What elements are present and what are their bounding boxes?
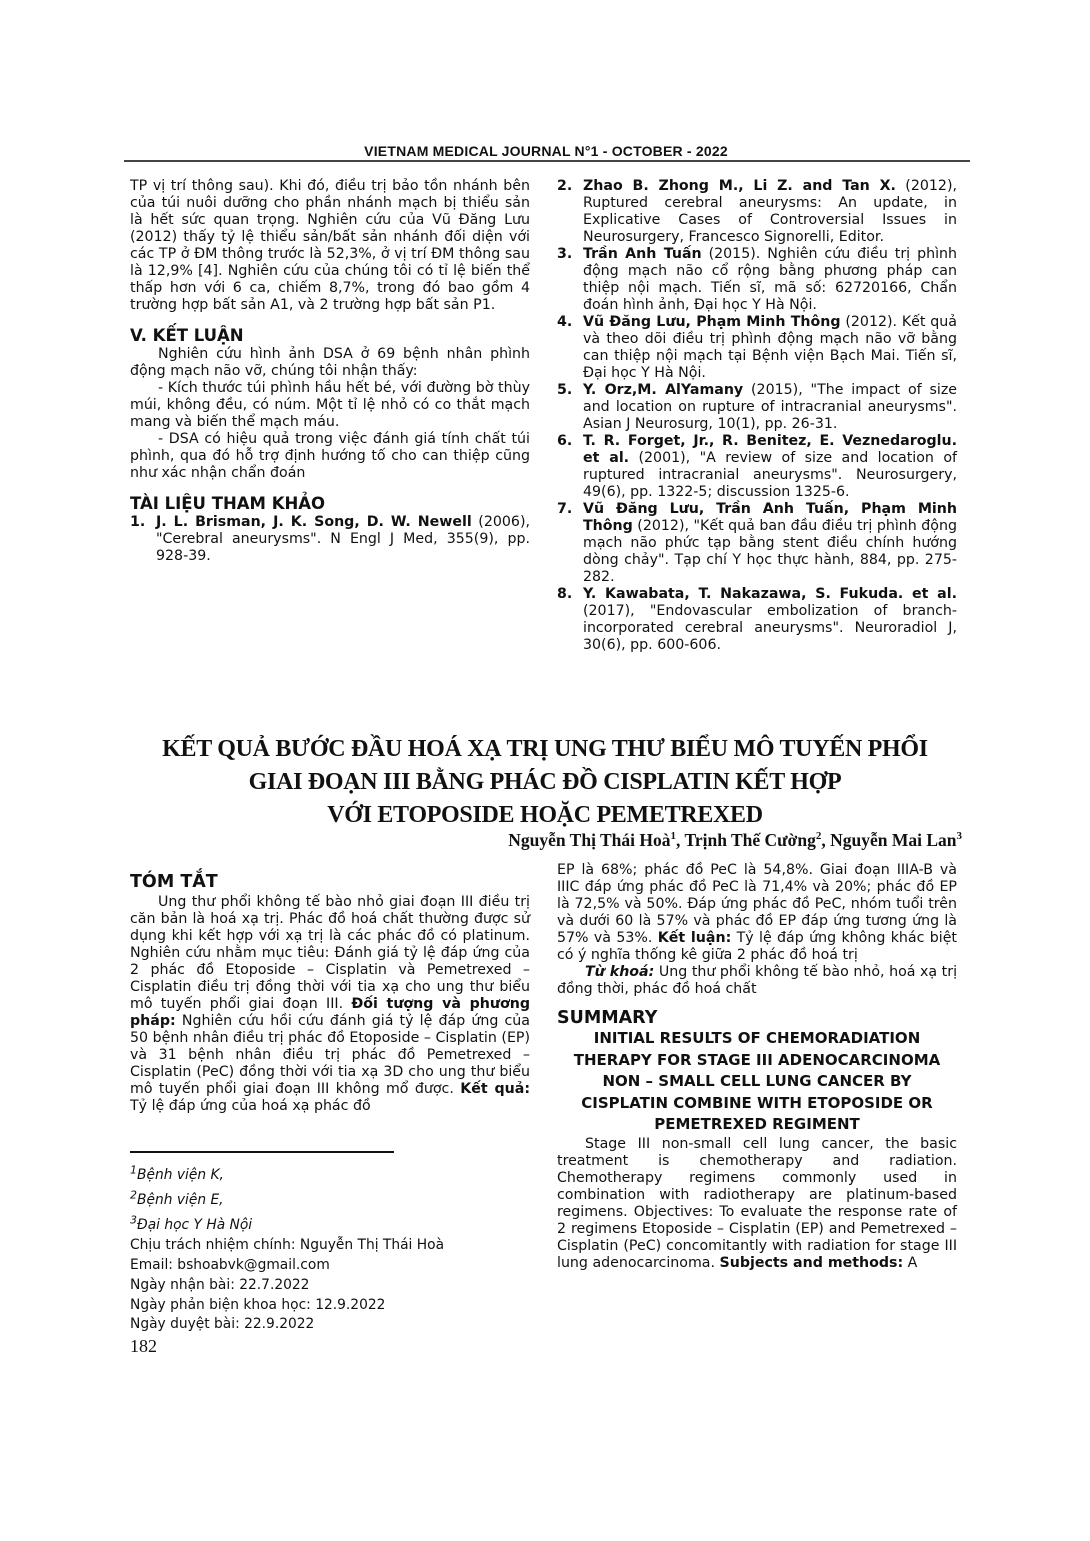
- abstract-results-continued: EP là 68%; phác đồ PeC là 54,8%. Giai đo…: [557, 862, 957, 964]
- reference-item: 5. Y. Orz,M. AlYamany (2015), "The impac…: [557, 382, 957, 433]
- email: Email: bshoabvk@gmail.com: [130, 1256, 530, 1276]
- references-heading: TÀI LIỆU THAM KHẢO: [130, 494, 530, 514]
- abstract-vietnamese: TÓM TẮT Ung thư phổi không tế bào nhỏ gi…: [130, 872, 530, 1115]
- page-number: 182: [130, 1336, 157, 1357]
- reference-item: 8. Y. Kawabata, T. Nakazawa, S. Fukuda. …: [557, 586, 957, 654]
- affiliation: 1Bệnh viện K,: [130, 1160, 530, 1185]
- article-title: KẾT QUẢ BƯỚC ĐẦU HOÁ XẠ TRỊ UNG THƯ BIỂU…: [130, 733, 960, 832]
- summary-paragraph: Stage III non-small cell lung cancer, th…: [557, 1136, 957, 1272]
- date-received: Ngày nhận bài: 22.7.2022: [130, 1276, 530, 1296]
- summary-heading: SUMMARY: [557, 1008, 957, 1028]
- affiliation: 3Đại học Y Hà Nội: [130, 1211, 530, 1236]
- conclusion-paragraph: - DSA có hiệu quả trong việc đánh giá tí…: [130, 431, 530, 482]
- footnotes: 1Bệnh viện K, 2Bệnh viện E, 3Đại học Y H…: [130, 1160, 530, 1335]
- conclusion-paragraph: - Kích thước túi phình hầu hết bé, với đ…: [130, 380, 530, 431]
- right-column-top: 2. Zhao B. Zhong M., Li Z. and Tan X. (2…: [557, 178, 957, 654]
- reference-item: 3. Trần Anh Tuấn (2015). Nghiên cứu điều…: [557, 246, 957, 314]
- reference-item: 6. T. R. Forget, Jr., R. Benitez, E. Vez…: [557, 433, 957, 501]
- summary-title: INITIAL RESULTS OF CHEMORADIATION THERAP…: [557, 1028, 957, 1136]
- footnote-rule: [130, 1151, 394, 1153]
- running-head: VIETNAM MEDICAL JOURNAL N°1 - OCTOBER - …: [128, 143, 964, 159]
- abstract-heading: TÓM TẮT: [130, 872, 530, 892]
- date-reviewed: Ngày phản biện khoa học: 12.9.2022: [130, 1296, 530, 1316]
- date-accepted: Ngày duyệt bài: 22.9.2022: [130, 1315, 530, 1335]
- reference-item: 1. J. L. Brisman, J. K. Song, D. W. Newe…: [130, 514, 530, 565]
- discussion-paragraph: TP vị trí thông sau). Khi đó, điều trị b…: [130, 178, 530, 314]
- reference-item: 7. Vũ Đăng Lưu, Trần Anh Tuấn, Phạm Minh…: [557, 501, 957, 586]
- affiliation: 2Bệnh viện E,: [130, 1185, 530, 1210]
- corresponding-author: Chịu trách nhiệm chính: Nguyễn Thị Thái …: [130, 1236, 530, 1256]
- keywords: Từ khoá: Ung thư phổi không tế bào nhỏ, …: [557, 964, 957, 998]
- abstract-continued: EP là 68%; phác đồ PeC là 54,8%. Giai đo…: [557, 862, 957, 1272]
- author-list: Nguyễn Thị Thái Hoà1, Trịnh Thế Cường2, …: [508, 830, 962, 851]
- left-column-top: TP vị trí thông sau). Khi đó, điều trị b…: [130, 178, 530, 565]
- abstract-paragraph: Ung thư phổi không tế bào nhỏ giai đoạn …: [130, 894, 530, 1115]
- header-rule: [124, 160, 970, 162]
- reference-item: 2. Zhao B. Zhong M., Li Z. and Tan X. (2…: [557, 178, 957, 246]
- conclusion-paragraph: Nghiên cứu hình ảnh DSA ở 69 bệnh nhân p…: [130, 346, 530, 380]
- conclusion-heading: V. KẾT LUẬN: [130, 326, 530, 346]
- reference-item: 4. Vũ Đăng Lưu, Phạm Minh Thông (2012). …: [557, 314, 957, 382]
